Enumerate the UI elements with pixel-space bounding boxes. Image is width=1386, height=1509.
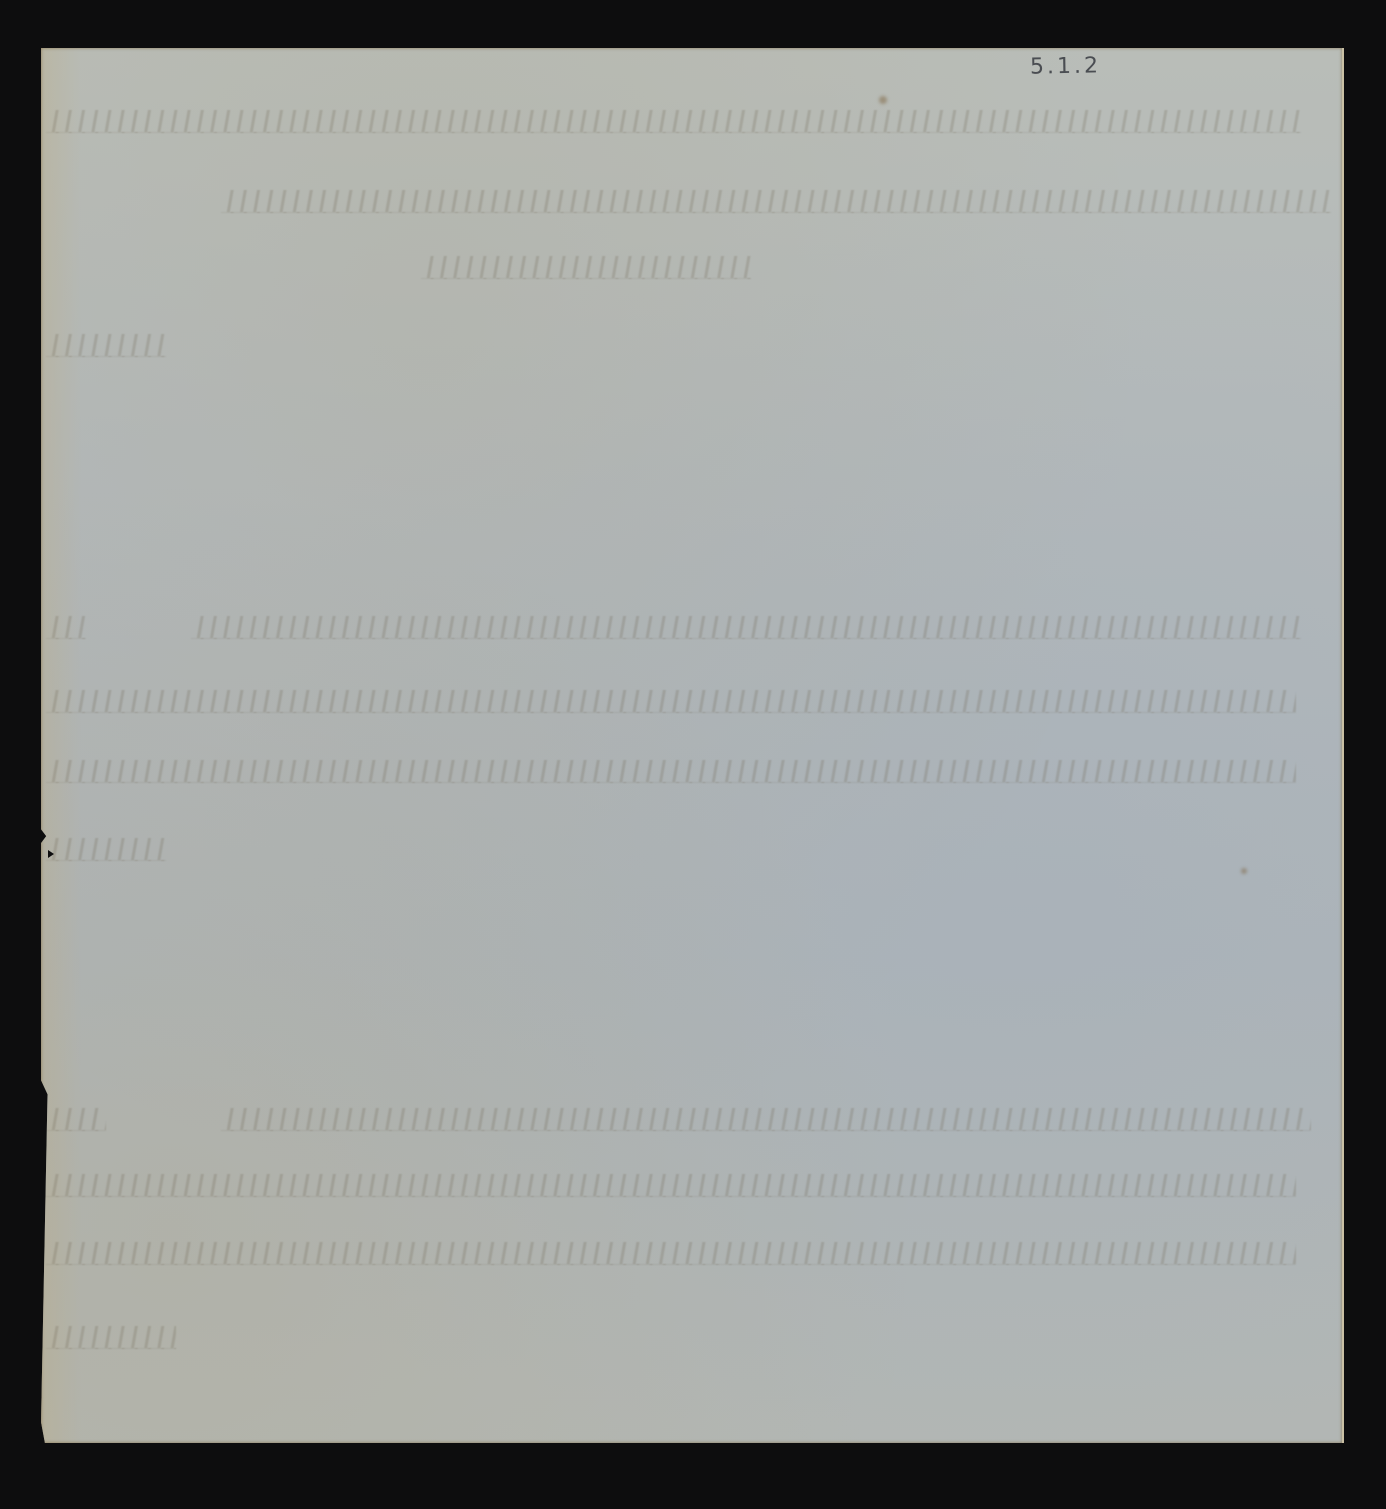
- manuscript-page: [41, 48, 1344, 1443]
- bleed-through-line: [46, 838, 166, 861]
- bleed-through-line: [421, 256, 751, 279]
- paper-stain: [879, 96, 887, 104]
- bleed-through-line: [46, 334, 166, 357]
- archive-reference-number: 5.1.2: [1030, 53, 1101, 79]
- bleed-through-line: [46, 1326, 176, 1349]
- bleed-through-line: [46, 690, 1296, 713]
- bleed-through-line: [46, 1174, 1296, 1197]
- scan-background: 5.1.2: [0, 0, 1386, 1509]
- bleed-through-line: [46, 1242, 1296, 1265]
- bleed-through-line: [46, 1108, 106, 1131]
- bleed-through-line: [221, 1108, 1311, 1131]
- bleed-through-line: [221, 190, 1331, 213]
- bleed-through-line: [46, 760, 1296, 783]
- bleed-through-line: [46, 110, 1301, 133]
- bleed-through-line: [191, 616, 1301, 639]
- paper-stain: [1241, 868, 1247, 874]
- bleed-through-line: [46, 616, 86, 639]
